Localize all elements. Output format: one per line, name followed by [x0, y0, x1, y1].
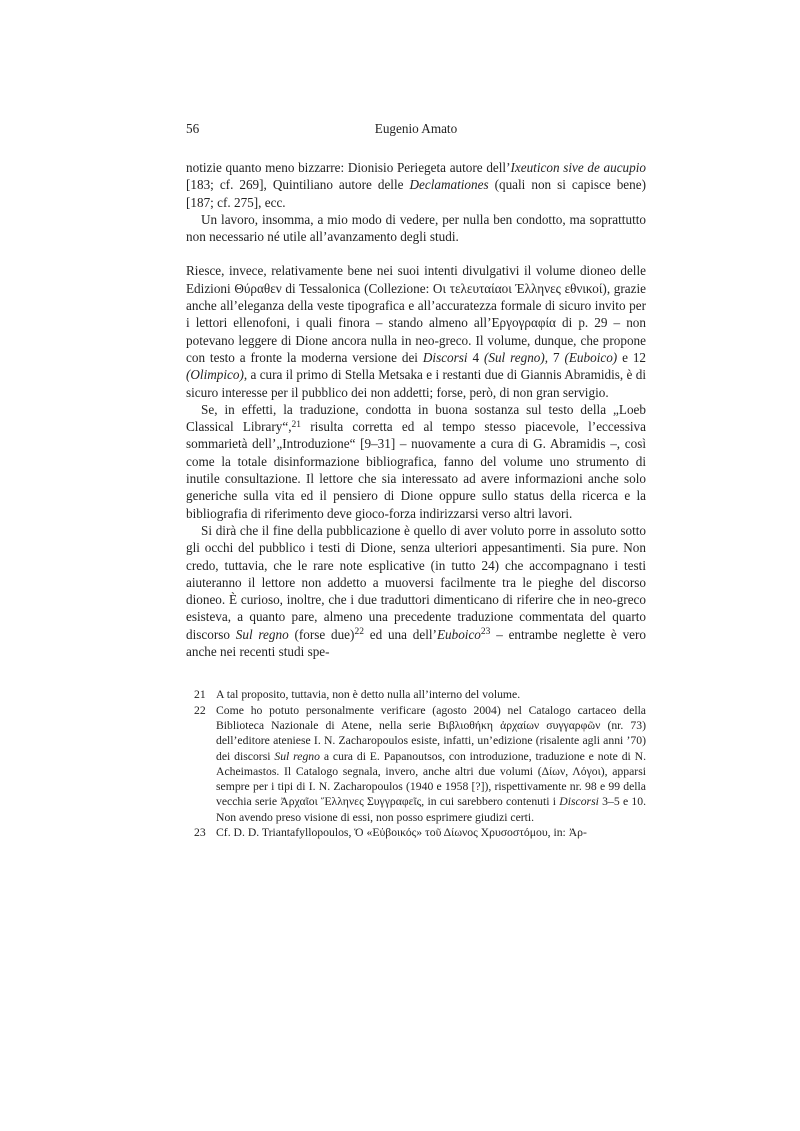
text-segment: Discorsi [423, 350, 468, 365]
text-segment: , 7 [545, 350, 565, 365]
paragraph: Si dirà che il fine della pubblicazione … [186, 522, 646, 660]
body-text: notizie quanto meno bizzarre: Dionisio P… [186, 159, 646, 660]
footnote-text: Cf. D. D. Triantafyllopoulos, Ὁ «Εὐβοικό… [216, 825, 646, 840]
text-segment: Si dirà che il fine della pubblicazione … [186, 523, 646, 642]
text-segment: e 12 [617, 350, 646, 365]
text-segment: (Euboico) [564, 350, 617, 365]
footnote-text: Come ho potuto personalmente verificare … [216, 703, 646, 825]
text-segment: Ixeuticon sive de aucupio [510, 160, 646, 175]
text-segment: Declamationes [409, 177, 488, 192]
footnote-ref: 23 [481, 627, 491, 637]
text-segment: notizie quanto meno bizzarre: Dionisio P… [186, 160, 510, 175]
footnote: 22Come ho potuto personalmente verificar… [186, 703, 646, 825]
paragraph: Un lavoro, insomma, a mio modo di vedere… [186, 211, 646, 246]
text-segment: Discorsi [559, 795, 599, 808]
text-block: 56 Eugenio Amato notizie quanto meno biz… [186, 121, 646, 840]
footnote-ref: 22 [354, 627, 364, 637]
paragraph: Se, in effetti, la traduzione, condotta … [186, 401, 646, 522]
footnotes: 21A tal proposito, tuttavia, non è detto… [186, 687, 646, 840]
page-number: 56 [186, 121, 199, 137]
footnote: 23Cf. D. D. Triantafyllopoulos, Ὁ «Εὐβοι… [186, 825, 646, 840]
document-page: 56 Eugenio Amato notizie quanto meno biz… [0, 0, 800, 1131]
footnote-number: 22 [194, 703, 216, 825]
text-segment: Sul regno [236, 627, 289, 642]
footnote-text: A tal proposito, tuttavia, non è detto n… [216, 687, 646, 702]
running-head: 56 Eugenio Amato [186, 121, 646, 137]
text-segment: (Sul regno) [484, 350, 545, 365]
footnote: 21A tal proposito, tuttavia, non è detto… [186, 687, 646, 702]
text-segment: A tal proposito, tuttavia, non è detto n… [216, 688, 520, 701]
text-segment: [183; cf. 269], Quintiliano autore delle [186, 177, 409, 192]
text-segment: Cf. D. D. Triantafyllopoulos, Ὁ «Εὐβοικό… [216, 826, 587, 839]
text-segment: , a cura il primo di Stella Metsaka e i … [186, 367, 646, 399]
footnote-number: 21 [194, 687, 216, 702]
text-segment: Euboico [437, 627, 481, 642]
text-segment: (Olimpico) [186, 367, 244, 382]
text-segment: risulta corretta ed al tempo stesso piac… [186, 419, 646, 520]
text-segment: Sul regno [274, 750, 320, 763]
text-segment: Un lavoro, insomma, a mio modo di vedere… [186, 212, 646, 244]
text-segment: 4 [468, 350, 484, 365]
text-segment: ed una dell’ [364, 627, 437, 642]
paragraph: notizie quanto meno bizzarre: Dionisio P… [186, 159, 646, 211]
paragraph: Riesce, invece, relativamente bene nei s… [186, 262, 646, 400]
footnote-number: 23 [194, 825, 216, 840]
footnote-ref: 21 [292, 420, 302, 430]
running-head-title: Eugenio Amato [186, 121, 646, 137]
text-segment: (forse due) [289, 627, 355, 642]
